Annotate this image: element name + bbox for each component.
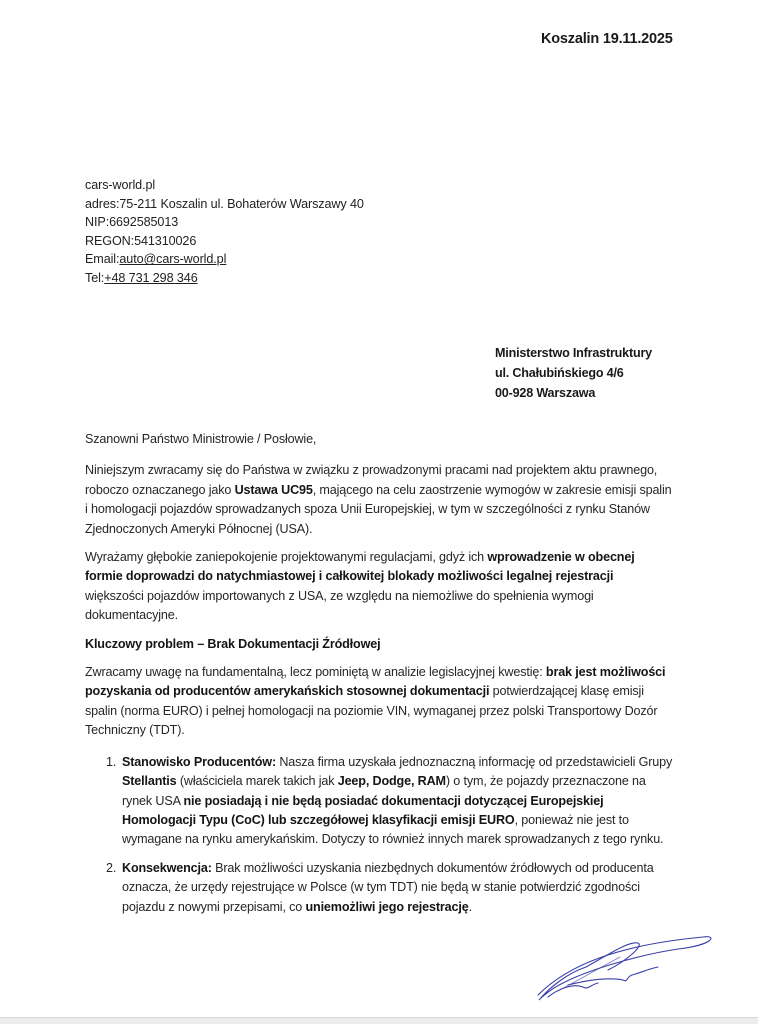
text: Nasza firma uzyskała jednoznaczną inform…	[276, 755, 672, 769]
recipient-block: Ministerstwo Infrastruktury ul. Chałubiń…	[495, 343, 652, 403]
bold-text: Stellantis	[122, 774, 177, 788]
list-number: 1.	[106, 753, 116, 772]
recipient-line-2: ul. Chałubińskiego 4/6	[495, 363, 652, 383]
numbered-list: 1. Stanowisko Producentów: Nasza firma u…	[85, 753, 675, 917]
sender-regon: REGON:541310026	[85, 232, 364, 251]
list-item-title: Konsekwencja:	[122, 861, 212, 875]
text: Zwracamy uwagę na fundamentalną, lecz po…	[85, 665, 546, 679]
place-and-date: Koszalin 19.11.2025	[541, 31, 673, 47]
list-item: 2. Konsekwencja: Brak możliwości uzyskan…	[85, 859, 675, 917]
paragraph-problem: Zwracamy uwagę na fundamentalną, lecz po…	[85, 663, 675, 741]
text: .	[469, 900, 472, 914]
email-link[interactable]: auto@cars-world.pl	[119, 252, 226, 266]
paragraph-concern: Wyrażamy głębokie zaniepokojenie projekt…	[85, 548, 675, 626]
address-value: 75-211 Koszalin ul. Bohaterów Warszawy 4…	[119, 197, 363, 211]
sender-name: cars-world.pl	[85, 176, 364, 195]
regon-label: REGON:	[85, 234, 134, 248]
text: (właściciela marek takich jak	[177, 774, 338, 788]
sender-block: cars-world.pl adres:75-211 Koszalin ul. …	[85, 176, 364, 288]
page-bottom-edge	[0, 1017, 758, 1024]
text: większości pojazdów importowanych z USA,…	[85, 589, 594, 622]
section-heading: Kluczowy problem – Brak Dokumentacji Źró…	[85, 635, 675, 654]
letter-body: Szanowni Państwo Ministrowie / Posłowie,…	[85, 430, 675, 926]
regon-value: 541310026	[134, 234, 196, 248]
salutation: Szanowni Państwo Ministrowie / Posłowie,	[85, 430, 675, 449]
tel-link[interactable]: +48 731 298 346	[104, 271, 197, 285]
recipient-line-1: Ministerstwo Infrastruktury	[495, 343, 652, 363]
text: Wyrażamy głębokie zaniepokojenie projekt…	[85, 550, 487, 564]
list-item-title: Stanowisko Producentów:	[122, 755, 276, 769]
bold-text: Ustawa UC95	[235, 483, 313, 497]
bold-text: Jeep, Dodge, RAM	[338, 774, 446, 788]
sender-address: adres:75-211 Koszalin ul. Bohaterów Wars…	[85, 195, 364, 214]
tel-label: Tel:	[85, 271, 104, 285]
nip-value: 6692585013	[109, 215, 178, 229]
letter-page: Koszalin 19.11.2025 cars-world.pl adres:…	[0, 0, 758, 1017]
sender-nip: NIP:6692585013	[85, 213, 364, 232]
recipient-line-3: 00-928 Warszawa	[495, 383, 652, 403]
sender-email: Email:auto@cars-world.pl	[85, 250, 364, 269]
nip-label: NIP:	[85, 215, 109, 229]
signature-icon	[528, 925, 718, 1010]
sender-tel: Tel:+48 731 298 346	[85, 269, 364, 288]
address-label: adres:	[85, 197, 119, 211]
paragraph-intro: Niniejszym zwracamy się do Państwa w zwi…	[85, 461, 675, 539]
list-item: 1. Stanowisko Producentów: Nasza firma u…	[85, 753, 675, 850]
list-number: 2.	[106, 859, 116, 878]
email-label: Email:	[85, 252, 119, 266]
bold-text: uniemożliwi jego rejestrację	[306, 900, 469, 914]
